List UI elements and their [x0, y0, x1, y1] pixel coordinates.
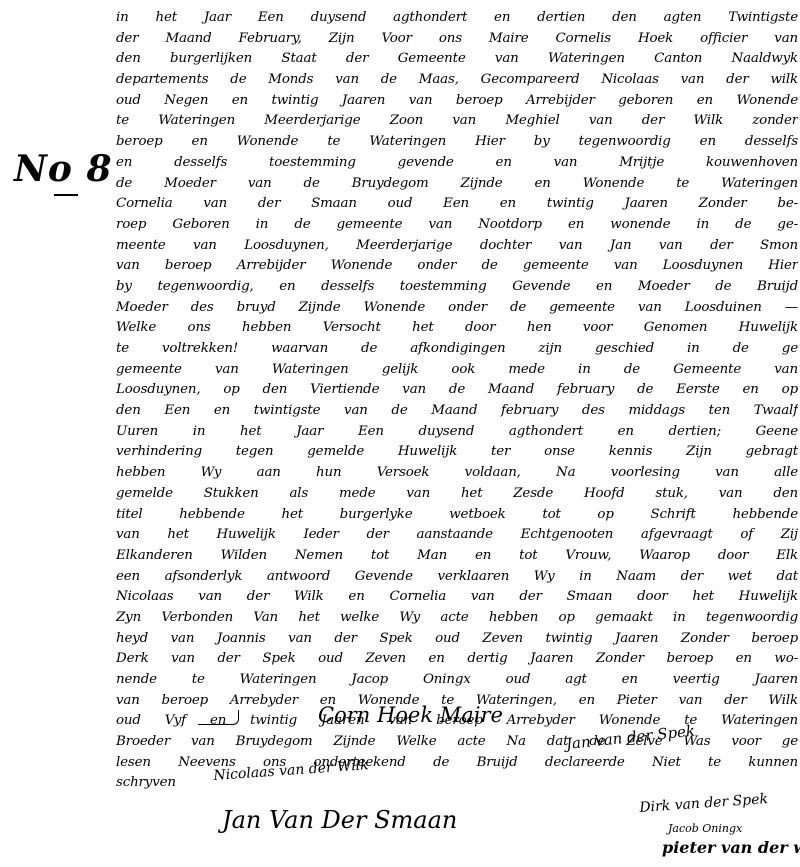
text-line: Cornelia van der Smaan oud Een en twinti…	[116, 194, 798, 215]
text-line: den Een en twintigste van de Maand febru…	[116, 401, 798, 422]
text-line: hebben Wy aan hun Versoek voldaan, Na vo…	[116, 463, 798, 484]
signature-witness-derk: Dirk van der Spek	[639, 791, 769, 816]
signature-bride: Jan Van Der Smaan	[222, 806, 457, 834]
text-line: beroep en Wonende te Wateringen Hier by …	[116, 132, 798, 153]
text-line: te Wateringen Meerderjarige Zoon van Meg…	[116, 111, 798, 132]
text-line: Elkanderen Wilden Nemen tot Man en tot V…	[116, 546, 798, 567]
text-line: heyd van Joannis van der Spek oud Zeven …	[116, 629, 798, 650]
text-line: departements de Monds van de Maas, Gecom…	[116, 70, 798, 91]
text-line: den burgerlijken Staat der Gemeente van …	[116, 49, 798, 70]
text-line: van het Huwelijk Ieder der aanstaande Ec…	[116, 525, 798, 546]
text-line: titel hebbende het burgerlyke wetboek to…	[116, 505, 798, 526]
text-line: meente van Loosduynen, Meerderjarige doc…	[116, 236, 798, 257]
text-line: in het Jaar Een duysend agthondert en de…	[116, 8, 798, 29]
text-line: een afsonderlyk antwoord Gevende verklaa…	[116, 567, 798, 588]
record-body: in het Jaar Een duysend agthondert en de…	[116, 8, 798, 794]
text-line: oud Negen en twintig Jaaren van beroep A…	[116, 91, 798, 112]
signature-witness-pieter: pieter van der wilk	[662, 838, 800, 857]
text-line: gemelde Stukken als mede van het Zesde H…	[116, 484, 798, 505]
text-line: der Maand February, Zijn Voor ons Maire …	[116, 29, 798, 50]
text-line: Welke ons hebben Versocht het door hen v…	[116, 318, 798, 339]
closing-flourish	[198, 710, 239, 725]
text-line: Uuren in het Jaar Een duysend agthondert…	[116, 422, 798, 443]
text-line: Moeder des bruyd Zijnde Wonende onder de…	[116, 298, 798, 319]
text-line: roep Geboren in de gemeente van Nootdorp…	[116, 215, 798, 236]
text-line: en desselfs toestemming gevende en van M…	[116, 153, 798, 174]
signature-officer: Corn Hoek Maire	[318, 703, 503, 727]
text-line: van beroep Arrebijder Wonende onder de g…	[116, 256, 798, 277]
text-line: gemeente van Wateringen gelijk ook mede …	[116, 360, 798, 381]
text-line: Zyn Verbonden Van het welke Wy acte hebb…	[116, 608, 798, 629]
signature-witness-jacob: Jacob Oningx	[668, 822, 742, 835]
text-line: Nicolaas van der Wilk en Cornelia van de…	[116, 587, 798, 608]
text-line: verhindering tegen gemelde Huwelijk ter …	[116, 442, 798, 463]
text-line: Loosduynen, op den Viertiende van de Maa…	[116, 380, 798, 401]
text-line: by tegenwoordig, en desselfs toestemming…	[116, 277, 798, 298]
record-number: No 8	[14, 148, 113, 190]
record-number-underline	[54, 194, 78, 196]
text-line: de Moeder van de Bruydegom Zijnde en Won…	[116, 174, 798, 195]
text-line: te voltrekken! waarvan de afkondigingen …	[116, 339, 798, 360]
text-line: Derk van der Spek oud Zeven en dertig Ja…	[116, 649, 798, 670]
text-line: nende te Wateringen Jacop Oningx oud agt…	[116, 670, 798, 691]
